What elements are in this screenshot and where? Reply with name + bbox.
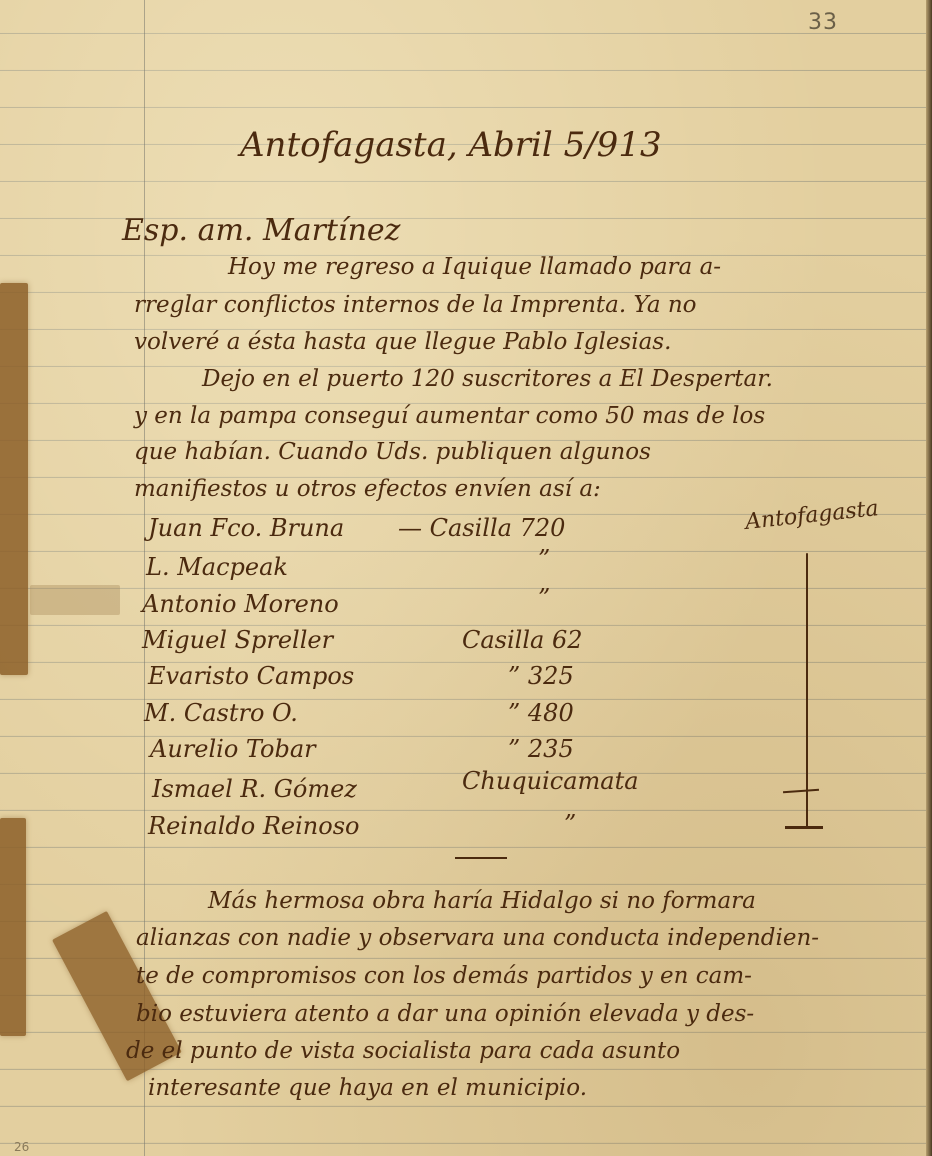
paragraph-2-line: de el punto de vista socialista para cad…	[126, 1040, 680, 1063]
section-separator	[455, 857, 507, 859]
bracket-city-label: Antofagasta	[744, 498, 879, 534]
subscriber-name: Miguel Spreller	[142, 628, 333, 652]
grouping-bracket	[806, 553, 808, 828]
paragraph-2-line: alianzas con nadie y observara una condu…	[136, 927, 819, 950]
paragraph-1-line: volveré a ésta hasta que llegue Pablo Ig…	[134, 331, 671, 354]
subscriber-address: ” 325	[508, 664, 574, 688]
date-line: Antofagasta, Abril 5/913	[240, 128, 662, 162]
scanned-letter-page: 33 Antofagasta, Abril 5/913 Esp. am. Mar…	[0, 0, 932, 1156]
subscriber-address: ”	[564, 812, 576, 836]
subscriber-address: ”	[538, 586, 550, 610]
paragraph-1-line: rreglar conflictos internos de la Impren…	[134, 294, 697, 317]
tape-stain-faint	[30, 585, 120, 615]
tape-stain-left-lower	[0, 818, 26, 1036]
corner-pencil-mark: 26	[14, 1140, 29, 1154]
bracket-tick	[783, 789, 819, 794]
paragraph-1-line: Hoy me regreso a Iquique llamado para a-	[228, 256, 721, 279]
paragraph-1-line: y en la pampa conseguí aumentar como 50 …	[134, 405, 765, 428]
subscriber-address: ” 480	[508, 701, 574, 725]
bracket-foot	[785, 826, 823, 829]
subscriber-name: M. Castro O.	[144, 701, 298, 725]
subscriber-address: ” 235	[508, 737, 574, 761]
subscriber-name: Evaristo Campos	[148, 664, 354, 688]
subscriber-name: Aurelio Tobar	[150, 737, 316, 761]
salutation: Esp. am. Martínez	[122, 216, 400, 246]
paragraph-1-line: manifiestos u otros efectos envíen así a…	[134, 478, 601, 501]
subscriber-name: Juan Fco. Bruna	[148, 516, 344, 540]
subscriber-address: Chuquicamata	[462, 769, 639, 793]
subscriber-address: Casilla 62	[462, 628, 583, 652]
paragraph-1-line: Dejo en el puerto 120 suscritores a El D…	[202, 368, 773, 391]
paragraph-2-line: interesante que haya en el municipio.	[148, 1077, 587, 1100]
paragraph-2-line: bio estuviera atento a dar una opinión e…	[136, 1003, 754, 1026]
subscriber-name: Ismael R. Gómez	[152, 777, 357, 801]
subscriber-name: Reinaldo Reinoso	[148, 814, 359, 838]
paragraph-1-line: que habían. Cuando Uds. publiquen alguno…	[134, 441, 651, 464]
subscriber-address: ”	[538, 547, 550, 571]
tape-stain-left-upper	[0, 283, 28, 675]
subscriber-name: L. Macpeak	[146, 555, 288, 579]
paragraph-2-line: te de compromisos con los demás partidos…	[136, 965, 752, 988]
subscriber-name: Antonio Moreno	[142, 592, 339, 616]
subscriber-address: — Casilla 720	[398, 516, 565, 540]
paper-right-edge	[926, 0, 932, 1156]
paragraph-2-line: Más hermosa obra haría Hidalgo si no for…	[208, 890, 756, 913]
page-number: 33	[808, 10, 838, 35]
